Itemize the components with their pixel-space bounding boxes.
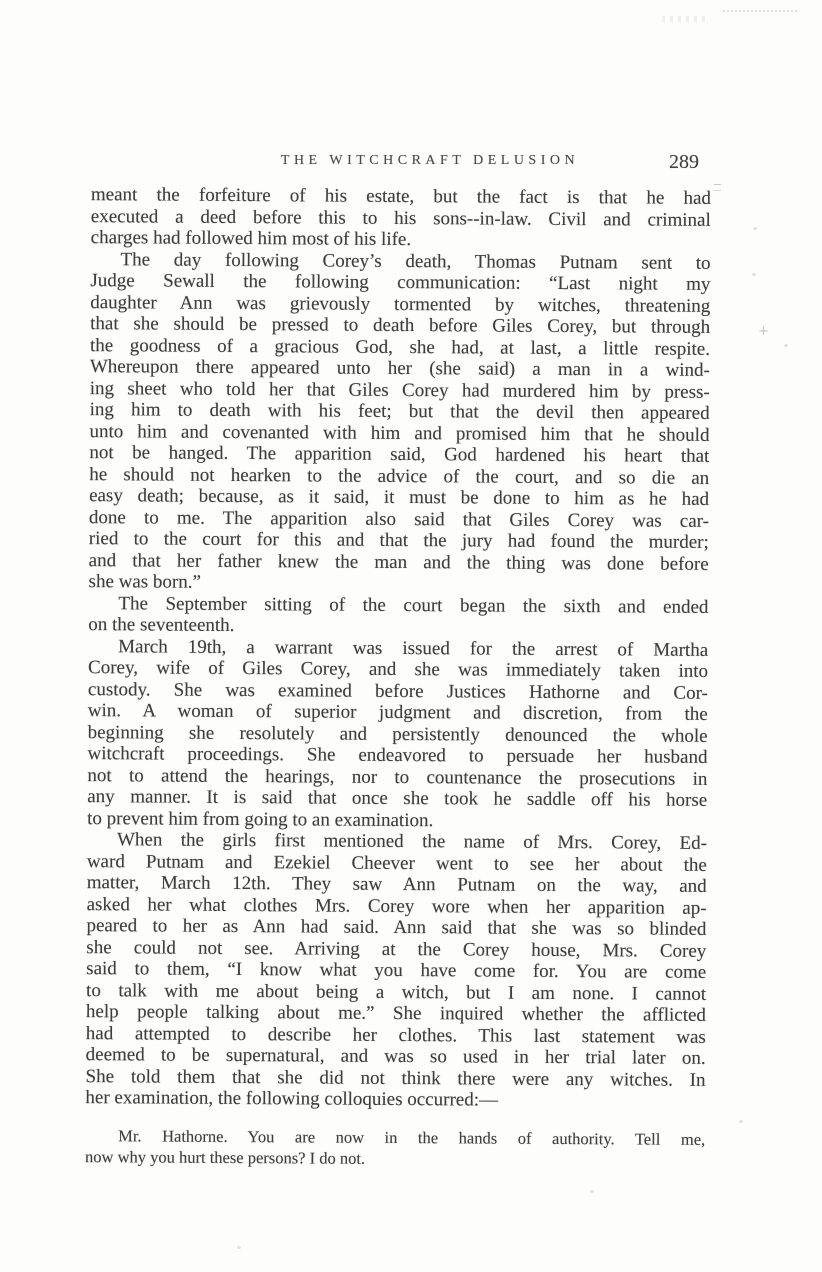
text-line: any manner. It is said that once she too… <box>87 786 707 811</box>
page-number: 289 <box>669 151 699 174</box>
scan-artifact <box>723 10 797 12</box>
scan-artifact <box>714 184 721 191</box>
text-line: ing him to death with his feet; but that… <box>90 399 710 424</box>
scan-artifact <box>752 273 756 276</box>
text-line: said to them, “I know what you have come… <box>86 958 706 983</box>
text-line: charges had followed him most of his lif… <box>91 227 711 252</box>
scan-artifact <box>753 227 757 230</box>
running-title: THE WITCHCRAFT DELUSION <box>91 153 711 169</box>
text-line: Corey, wife of Giles Corey, and she was … <box>88 657 708 682</box>
text-line: ried to the court for this and that the … <box>89 528 709 553</box>
text-line: Whereupon there appeared unto her (she s… <box>90 356 710 381</box>
text-line: When the girls first mentioned the name … <box>87 829 707 854</box>
scan-artifact <box>590 1190 594 1193</box>
paragraph: Mr. Hathorne. You are now in the hands o… <box>85 1125 705 1172</box>
body-text: meant the forfeiture of his estate, but … <box>85 184 711 1171</box>
paragraph: The day following Corey’s death, Thomas … <box>89 249 711 597</box>
text-line: win. A woman of superior judgment and di… <box>88 700 708 725</box>
text-line: now why you hurt these persons? I do not… <box>85 1146 705 1171</box>
paragraph: meant the forfeiture of his estate, but … <box>91 184 711 252</box>
text-line: that she should be pressed to death befo… <box>90 313 710 338</box>
text-line: matter, March 12th. They saw Ann Putnam … <box>87 872 707 897</box>
paragraph: When the girls first mentioned the name … <box>85 829 707 1112</box>
text-line: her examination, the following colloquie… <box>85 1087 705 1112</box>
text-line: help people talking about me.” She inqui… <box>86 1001 706 1026</box>
scan-artifact <box>784 344 788 347</box>
scan-artifact <box>739 1120 743 1123</box>
paragraph: The September sitting of the court began… <box>88 593 708 640</box>
book-page: THE WITCHCRAFT DELUSION 289 meant the fo… <box>0 0 822 1272</box>
scan-artifact: + <box>758 324 769 339</box>
scan-artifact <box>237 1246 241 1249</box>
text-line: easy death; because, as it said, it must… <box>89 485 709 510</box>
text-line: on the seventeenth. <box>88 614 708 639</box>
text-line: deemed to be supernatural, and was so us… <box>86 1044 706 1069</box>
text-line: not be hanged. The apparition said, God … <box>89 442 709 467</box>
text-line: witchcraft proceedings. She endeavored t… <box>87 743 707 768</box>
paragraph: March 19th, a warrant was issued for the… <box>87 636 708 833</box>
text-line: she was born.” <box>89 571 709 596</box>
text-line: Judge Sewall the following communication… <box>90 270 710 295</box>
scan-artifact <box>662 16 706 22</box>
text-line: peared to her as Ann had said. Ann said … <box>86 915 706 940</box>
page-header: THE WITCHCRAFT DELUSION 289 <box>91 153 711 183</box>
text-line: meant the forfeiture of his estate, but … <box>91 184 711 209</box>
